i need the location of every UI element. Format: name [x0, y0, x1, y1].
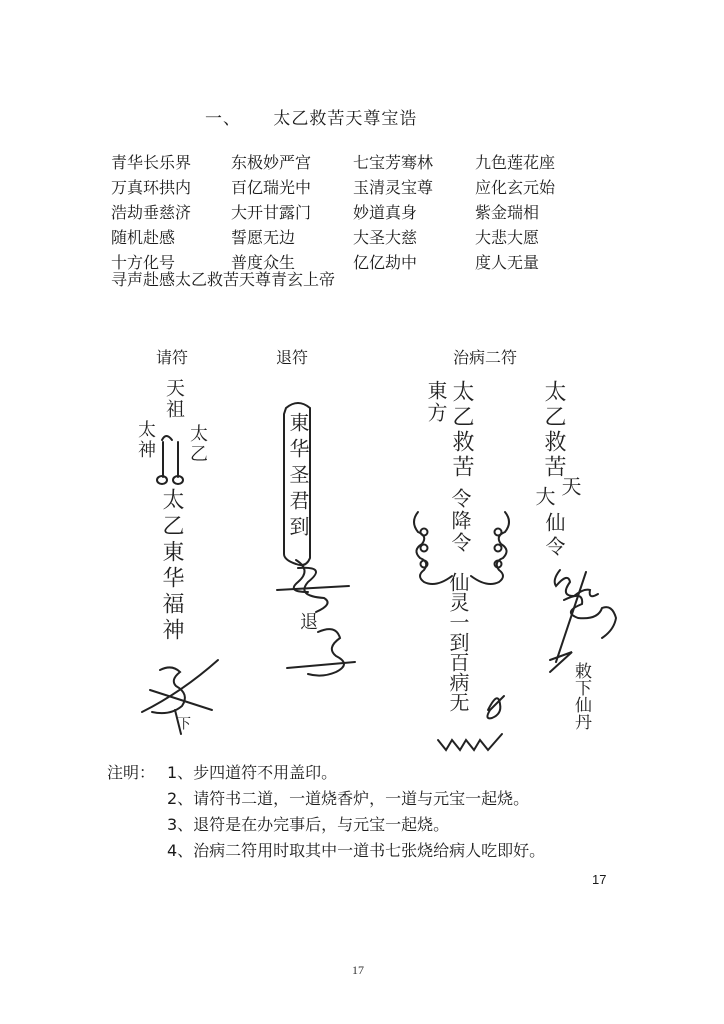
verse-cell: 九色莲花座 — [475, 151, 595, 174]
verse-cell: 七宝芳骞林 — [353, 151, 475, 174]
note-item: 3、退符是在办完事后，与元宝一起烧。 — [167, 812, 449, 838]
invite-talisman-top: 天祖 — [164, 378, 183, 420]
heal-talisman-2-pair-right: 天 — [560, 476, 580, 498]
verse-cell: 青华长乐界 — [111, 151, 231, 174]
section-title: 太乙救苦天尊宝诰 — [273, 109, 417, 129]
dismiss-talisman-enclosed: 東华圣君到 — [288, 412, 308, 542]
verse-cell: 应化玄元始 — [475, 176, 595, 199]
verse-cell: 大圣大慈 — [353, 226, 475, 249]
heal-talisman-1-main: 太乙救苦 — [450, 380, 472, 480]
heal-talisman-2-lower: 仙令 — [544, 512, 564, 560]
section-number: 一、 — [205, 109, 241, 129]
verse-cell: 东极妙严宫 — [231, 151, 353, 174]
verse-cell: 度人无量 — [475, 251, 595, 274]
heal-talisman-1-left: 東方 — [426, 380, 446, 424]
verse-cell: 大开甘露门 — [231, 201, 353, 224]
page-number-right: 17 — [592, 872, 606, 887]
dismiss-talisman-middle: 退 — [298, 612, 316, 632]
verse-grid: 青华长乐界 东极妙严宫 七宝芳骞林 九色莲花座 万真环拱内 百亿瑞光中 玉清灵宝… — [111, 151, 595, 274]
verse-cell: 浩劫垂慈济 — [111, 201, 231, 224]
invite-talisman-right: 太乙 — [188, 424, 206, 464]
label-dismiss-talisman: 退符 — [276, 345, 308, 368]
note-item: 4、治病二符用时取其中一道书七张烧给病人吃即好。 — [167, 838, 545, 864]
verse-cell: 大悲大愿 — [475, 226, 595, 249]
heal-talisman-1-tail: 仙灵一到百病无 — [448, 572, 468, 712]
verse-closing: 寻声赴感太乙救苦天尊青玄上帝 — [111, 268, 335, 291]
invite-talisman-bottom: 下 — [176, 716, 190, 732]
heal-talisman-2-pair-left: 大 — [534, 486, 554, 508]
label-heal-talismans: 治病二符 — [453, 345, 517, 368]
section-heading: 一、 太乙救苦天尊宝诰 — [205, 104, 417, 129]
verse-cell: 万真环拱内 — [111, 176, 231, 199]
note-item: 1、步四道符不用盖印。 — [167, 760, 337, 786]
verse-cell: 誓愿无边 — [231, 226, 353, 249]
verse-cell: 随机赴感 — [111, 226, 231, 249]
label-invite-talisman: 请符 — [156, 345, 188, 368]
heal-talisman-1-lower: 令降令 — [450, 488, 470, 554]
note-item: 2、请符书二道，一道烧香炉，一道与元宝一起烧。 — [167, 786, 529, 812]
verse-cell: 亿亿劫中 — [353, 251, 475, 274]
notes-section: 注明： 1、步四道符不用盖印。 2、请符书二道，一道烧香炉，一道与元宝一起烧。 … — [107, 760, 545, 864]
verse-cell: 妙道真身 — [353, 201, 475, 224]
heal-talisman-2-bottom: 敕下仙丹 — [572, 662, 589, 730]
invite-talisman-left: 太神 — [136, 420, 154, 460]
notes-lead: 注明： — [107, 760, 167, 786]
page-number-footer: 17 — [352, 963, 364, 978]
verse-cell: 紫金瑞相 — [475, 201, 595, 224]
verse-cell: 百亿瑞光中 — [231, 176, 353, 199]
verse-cell: 玉清灵宝尊 — [353, 176, 475, 199]
heal-talisman-2-main: 太乙救苦 — [542, 380, 564, 480]
invite-talisman-main: 太乙東华福神 — [160, 488, 182, 644]
